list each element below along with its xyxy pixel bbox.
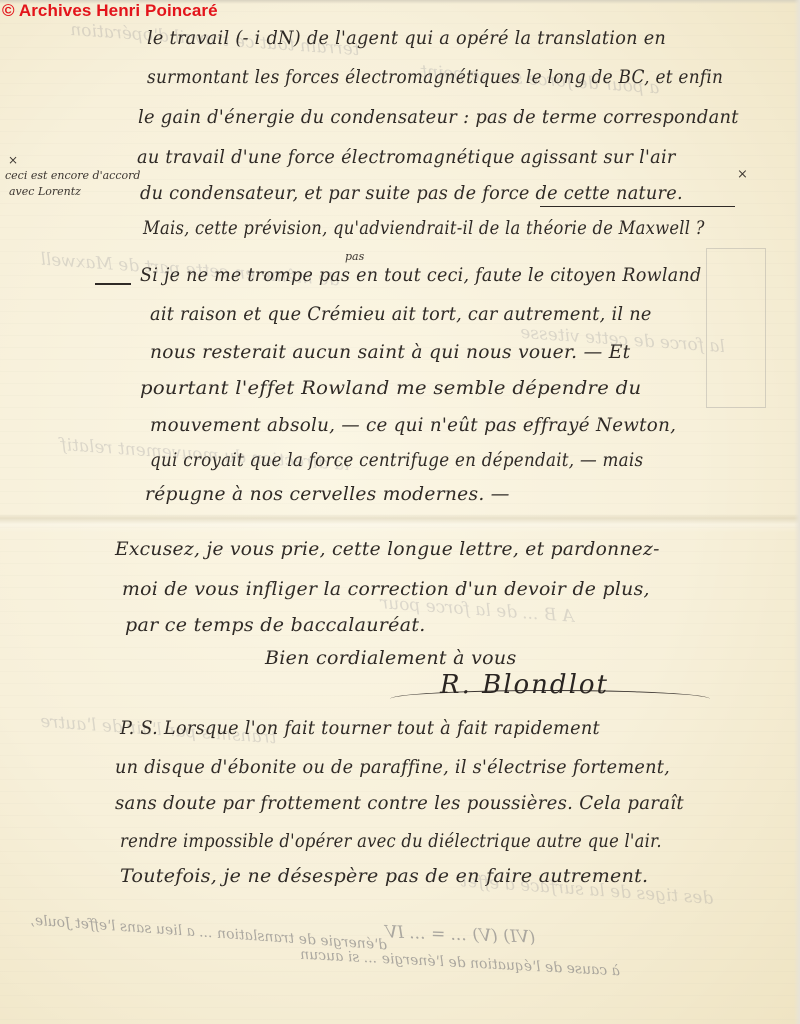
letter-line: surmontant les forces électromagnétiques…	[147, 66, 723, 88]
letter-line: du condensateur, et par suite pas de for…	[140, 182, 683, 204]
paragraph-dash	[95, 283, 131, 285]
letter-line: pourtant l'effet Rowland me semble dépen…	[140, 377, 641, 399]
margin-note-line-2: avec Lorentz	[5, 184, 140, 200]
letter-line: le travail (- i dN) de l'agent qui a opé…	[147, 27, 666, 49]
bleed-through-text-bottom-left: d'énergie de translation ... a lieu sans…	[30, 913, 388, 954]
letter-line: P. S. Lorsque l'on fait tourner tout à f…	[120, 717, 600, 739]
asterisk-marker: ×	[737, 167, 748, 182]
letter-line: le gain d'énergie du condensateur : pas …	[138, 106, 739, 128]
margin-note-line-1: ceci est encore d'accord	[5, 168, 140, 184]
underline	[540, 206, 735, 207]
letter-line: sans doute par frottement contre les pou…	[115, 792, 684, 814]
letter-line: qui croyait que la force centrifuge en d…	[150, 449, 643, 471]
letter-line: rendre impossible d'opérer avec du diéle…	[120, 830, 662, 852]
letter-line: ait raison et que Crémieu ait tort, car …	[150, 303, 652, 325]
bleed-through-text-bottom-center: à cause de l'équation de l'énergie ... s…	[300, 947, 621, 980]
insertion-caret-word: pas	[345, 250, 364, 263]
signature: R. Blondlot	[440, 670, 609, 700]
margin-note-marker: ×	[8, 152, 18, 168]
letter-line: Toutefois, je ne désespère pas de en fai…	[120, 865, 648, 887]
letter-line: nous resterait aucun saint à qui nous vo…	[150, 341, 630, 363]
letter-line: mouvement absolu, — ce qui n'eût pas eff…	[150, 414, 676, 436]
faint-margin-box	[706, 248, 766, 408]
page-right-edge	[794, 0, 800, 1024]
letter-line: Mais, cette prévision, qu'adviendrait-il…	[143, 217, 705, 239]
letter-line: Excusez, je vous prie, cette longue lett…	[115, 538, 660, 560]
letter-line: un disque d'ébonite ou de paraffine, il …	[115, 756, 670, 778]
margin-note: ceci est encore d'accord avec Lorentz	[5, 168, 140, 200]
archive-watermark: © Archives Henri Poincaré	[2, 1, 218, 21]
letter-line: au travail d'une force électromagnétique…	[137, 146, 676, 168]
letter-line: répugne à nos cervelles modernes. —	[145, 483, 510, 505]
letter-page: terrain tout ce travail d'opération a po…	[0, 0, 800, 1024]
bleed-through-formula: (VI) (V) ... = ... IV	[385, 922, 536, 947]
letter-line: par ce temps de baccalauréat.	[125, 614, 426, 636]
letter-line: moi de vous infliger la correction d'un …	[122, 578, 650, 600]
letter-line: Si je ne me trompe pas en tout ceci, fau…	[140, 264, 701, 286]
letter-closing: Bien cordialement à vous	[265, 647, 517, 669]
